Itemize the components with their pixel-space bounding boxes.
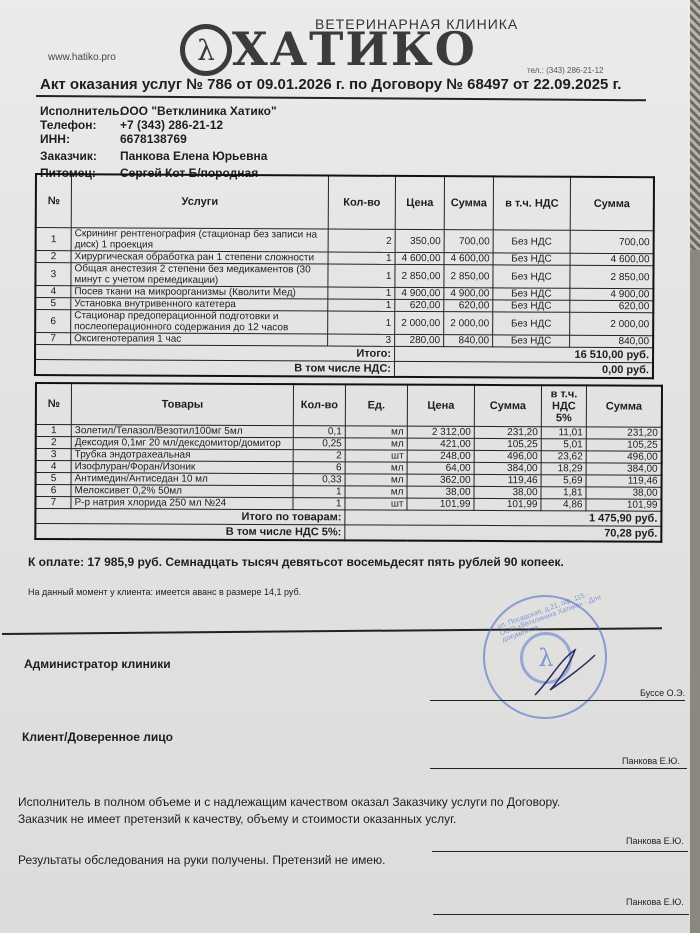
goods-header-6: в т.ч. НДС 5% [541, 385, 586, 427]
service-price: 620,00 [395, 299, 444, 311]
service-n: 1 [36, 228, 72, 251]
table-row: 6Стационар предоперационной подготовки и… [35, 310, 653, 336]
goods-vat: 18,29 [541, 463, 586, 475]
goods-qty: 2 [293, 450, 345, 462]
service-name: Посев ткани на микроорганизмы (Кволити М… [71, 286, 328, 299]
goods-sum: 105,25 [474, 438, 541, 450]
advance-note: На данный момент у клиента: имеется аван… [28, 587, 301, 597]
goods-n: 5 [36, 473, 72, 485]
goods-unit: мл [345, 426, 407, 438]
executor-label: Исполнитель: [40, 104, 120, 118]
service-name: Стационар предоперационной подготовки и … [71, 310, 328, 334]
goods-qty: 1 [293, 498, 345, 510]
services-header-4: Сумма [444, 176, 493, 230]
website-url: www.hatiko.pro [48, 52, 116, 63]
service-qty: 1 [328, 264, 395, 287]
admin-signature-line [430, 700, 685, 701]
goods-total: 119,46 [586, 475, 662, 487]
document-page: www.hatiko.pro ВЕТЕРИНАРНАЯ КЛИНИКА λ ХА… [0, 0, 690, 933]
goods-price: 2 312,00 [407, 426, 474, 438]
client-signature-line [430, 768, 687, 769]
goods-n: 4 [36, 461, 72, 473]
service-vat: Без НДС [493, 288, 570, 300]
goods-vat-label: В том числе НДС 5%: [35, 524, 345, 541]
service-vat: Без НДС [493, 265, 570, 288]
goods-header-1: Товары [71, 383, 293, 425]
goods-unit: мл [345, 474, 407, 486]
service-total: 620,00 [570, 300, 654, 312]
goods-unit: мл [345, 438, 407, 450]
goods-n: 7 [35, 497, 71, 509]
services-header-5: в т.ч. НДС [493, 176, 570, 230]
goods-vat: 5,69 [541, 475, 586, 487]
goods-n: 3 [36, 449, 72, 461]
service-sum: 840,00 [444, 335, 493, 347]
services-total: 16 510,00 руб. [395, 346, 654, 362]
parties-info: Исполнитель:ООО "Ветклиника Хатико" Теле… [40, 104, 277, 180]
goods-header-7: Сумма [586, 385, 662, 427]
inn-label: ИНН: [40, 132, 120, 146]
service-n: 2 [36, 251, 72, 263]
goods-qty: 0,25 [293, 438, 345, 450]
clinic-brand: ХАТИКО [232, 22, 477, 76]
title-divider [36, 95, 646, 101]
services-vat-total: 0,00 руб. [394, 361, 653, 378]
services-header-2: Кол-во [328, 176, 395, 230]
signature-icon [530, 640, 600, 700]
service-n: 7 [35, 333, 71, 345]
goods-n: 1 [36, 425, 72, 437]
goods-vat-total: 70,28 руб. [345, 525, 662, 542]
service-qty: 1 [328, 299, 395, 311]
goods-header-2: Кол-во [293, 384, 345, 426]
table-row: 1Скрининг рентгенография (стационар без … [36, 228, 654, 254]
header-phone: тел.: (343) 286-21-12 [527, 66, 603, 75]
amount-to-pay: К оплате: 17 985,9 руб. Семнадцать тысяч… [28, 555, 564, 569]
service-qty: 3 [328, 334, 395, 346]
goods-vat: 4,86 [541, 499, 586, 511]
results-statement: Результаты обследования на руки получены… [18, 852, 385, 869]
service-price: 4 900,00 [395, 287, 444, 299]
goods-name: Трубка эндотрахеальная [71, 449, 293, 462]
service-total: 840,00 [570, 335, 654, 347]
goods-price: 101,99 [407, 498, 474, 510]
service-statement: Исполнитель в полном объеме и с надлежащ… [18, 794, 560, 828]
goods-name: Р-р натрия хлорида 250 мл №24 [71, 497, 293, 510]
goods-vat: 11,01 [541, 427, 586, 439]
service-sum: 2 850,00 [444, 265, 493, 288]
client-name: Панкова Е.Ю. [622, 756, 680, 766]
goods-total: 496,00 [586, 451, 662, 463]
goods-vat: 23,62 [541, 451, 586, 463]
goods-price: 38,00 [407, 486, 474, 498]
service-total: 2 000,00 [570, 312, 654, 335]
goods-name: Золетил/Телазол/Везотил100мг 5мл [71, 425, 293, 438]
goods-sum: 38,00 [474, 486, 541, 498]
services-table: №УслугиКол-воЦенаСуммав т.ч. НДССумма 1С… [34, 173, 655, 379]
goods-vat: 1,81 [541, 487, 586, 499]
admin-label: Администратор клиники [24, 657, 171, 671]
service-n: 5 [35, 298, 71, 310]
service-total: 4 600,00 [570, 253, 654, 265]
statement-line-1: Исполнитель в полном объеме и с надлежащ… [18, 794, 560, 811]
customer-value: Панкова Елена Юрьевна [120, 149, 267, 163]
goods-sum: 231,20 [474, 426, 541, 438]
act-title: Акт оказания услуг № 786 от 09.01.2026 г… [40, 76, 621, 93]
service-n: 4 [35, 286, 71, 298]
service-sum: 700,00 [444, 230, 493, 253]
logo-glyph: λ [197, 34, 215, 67]
service-name: Оксигенотерапия 1 час [71, 333, 328, 346]
goods-header-3: Ед. [345, 384, 407, 426]
results-signature-line [433, 914, 689, 915]
customer-label: Заказчик: [40, 149, 120, 163]
goods-name: Антимедин/Антиседан 10 мл [71, 473, 293, 486]
service-name: Установка внутривенного катетера [71, 298, 328, 311]
results-name: Панкова Е.Ю. [626, 897, 684, 907]
goods-qty: 0,33 [293, 474, 345, 486]
service-qty: 1 [328, 252, 395, 264]
goods-total: 384,00 [586, 463, 662, 475]
services-vat-label: В том числе НДС: [35, 360, 395, 377]
inn-value: 6678138769 [120, 132, 187, 146]
service-name: Хирургическая обработка ран 1 степени сл… [71, 251, 328, 264]
goods-qty: 0,1 [293, 426, 345, 438]
goods-header-0: № [36, 383, 72, 425]
goods-qty: 1 [293, 486, 345, 498]
service-vat: Без НДС [493, 312, 570, 335]
service-sum: 4 600,00 [444, 253, 493, 265]
service-qty: 2 [328, 229, 395, 252]
goods-n: 2 [36, 437, 72, 449]
phone-value: +7 (343) 286-21-12 [120, 118, 223, 132]
service-price: 4 600,00 [395, 252, 444, 264]
table-row: 3Общая анестезия 2 степени без медикамен… [35, 263, 653, 289]
services-header-0: № [36, 174, 72, 228]
goods-sum: 384,00 [474, 462, 541, 474]
service-price: 2 000,00 [395, 311, 444, 334]
services-header-3: Цена [395, 176, 444, 230]
service-n: 6 [35, 310, 71, 333]
goods-n: 6 [36, 485, 72, 497]
service-total: 4 900,00 [570, 288, 654, 300]
admin-name: Буссе О.Э. [640, 688, 685, 698]
goods-vat: 5,01 [541, 439, 586, 451]
goods-total: 231,20 [586, 427, 662, 439]
statement-signature-line [432, 851, 688, 852]
goods-header-5: Сумма [474, 385, 541, 427]
goods-total: 101,99 [586, 499, 662, 511]
statement-line-2: Заказчик не имеет претензий к качеству, … [18, 811, 560, 828]
service-n: 3 [35, 263, 71, 286]
goods-qty: 6 [293, 462, 345, 474]
service-price: 350,00 [395, 229, 444, 252]
services-header-6: Сумма [570, 177, 654, 231]
service-name: Скрининг рентгенография (стационар без з… [71, 228, 328, 252]
service-qty: 1 [328, 287, 395, 299]
goods-price: 248,00 [407, 450, 474, 462]
goods-total: 1 475,90 руб. [345, 510, 662, 526]
service-price: 280,00 [395, 334, 444, 346]
service-sum: 620,00 [444, 300, 493, 312]
service-total: 700,00 [570, 230, 654, 253]
services-header-1: Услуги [71, 174, 328, 229]
goods-unit: мл [345, 462, 407, 474]
goods-sum: 101,99 [474, 498, 541, 510]
service-vat: Без НДС [493, 253, 570, 265]
goods-total: 38,00 [586, 487, 662, 499]
service-vat: Без НДС [493, 230, 570, 253]
service-name: Общая анестезия 2 степени без медикамент… [71, 263, 328, 287]
goods-unit: мл [345, 486, 407, 498]
goods-sum: 496,00 [474, 450, 541, 462]
goods-total: 105,25 [586, 439, 662, 451]
executor-value: ООО "Ветклиника Хатико" [120, 104, 277, 118]
goods-sum: 119,46 [474, 474, 541, 486]
goods-name: Мелоксивет 0,2% 50мл [71, 485, 293, 498]
goods-total-label: Итого по товарам: [35, 509, 345, 525]
phone-label: Телефон: [40, 118, 120, 132]
goods-table: №ТоварыКол-воЕд.ЦенаСуммав т.ч. НДС 5%Су… [34, 382, 663, 543]
goods-name: Изофлуран/Форан/Изоник [71, 461, 293, 474]
goods-name: Дексодия 0,1мг 20 мл/дексдомитор/домитор [71, 437, 293, 450]
statement-name: Панкова Е.Ю. [626, 836, 684, 846]
goods-price: 362,00 [407, 474, 474, 486]
goods-header-4: Цена [407, 385, 474, 427]
goods-price: 64,00 [407, 462, 474, 474]
service-vat: Без НДС [493, 335, 570, 347]
goods-unit: шт [345, 450, 407, 462]
service-total: 2 850,00 [570, 265, 654, 288]
service-sum: 4 900,00 [444, 288, 493, 300]
clinic-logo-icon: λ [180, 24, 232, 76]
service-sum: 2 000,00 [444, 312, 493, 335]
client-label: Клиент/Доверенное лицо [22, 730, 173, 744]
service-price: 2 850,00 [395, 264, 444, 287]
service-vat: Без НДС [493, 300, 570, 312]
service-qty: 1 [328, 311, 395, 334]
goods-price: 421,00 [407, 438, 474, 450]
goods-unit: шт [345, 498, 407, 510]
